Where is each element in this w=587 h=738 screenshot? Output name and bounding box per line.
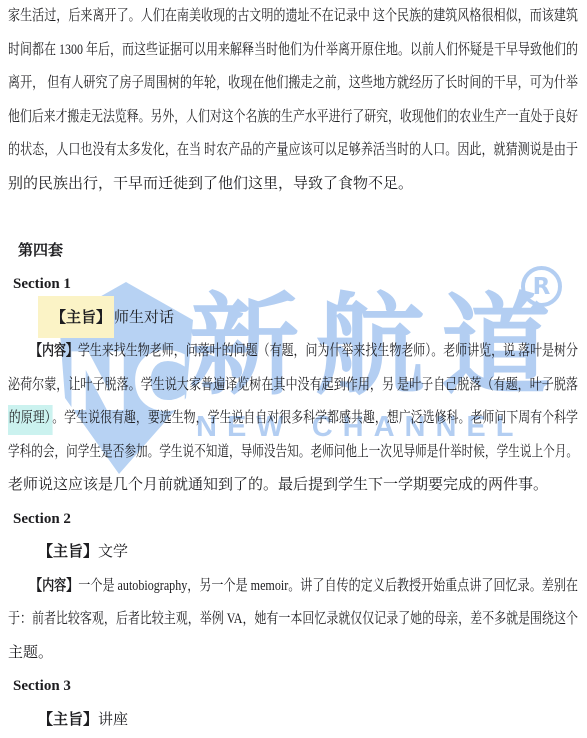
paragraph-line: 他们后来才搬走无法览释。另外，人们对这个名族的生产水平进行了研究，收现他们的农业… — [8, 101, 578, 135]
section-1-content-line: 【内容】学生来找生物老师，问落叶的问题（有题，问为什举来找生物老师）。老师讲览，… — [8, 335, 578, 369]
paragraph-line: 的状态，人口也没有太多发化，在当 时农产品的产量应该可以足够养活当时的人口。因此… — [8, 134, 578, 168]
section-2-content-line: 主题。 — [8, 637, 578, 671]
section-1-content-line: 泌荷尔蒙，让叶子脱落。学生说大家普遍译览树在其中没有起到作用，另 是叶子自己脱落… — [8, 369, 578, 403]
content-label: 【内容】 — [30, 578, 78, 594]
topic-label-highlighted: 【主旨】 — [38, 296, 114, 338]
paragraph-line: 时间都在 1300 年后，而这些证据可以用来解释当时他们为什举离开原住地。以前人… — [8, 34, 578, 68]
section-2-heading: Section 2 — [8, 503, 578, 537]
topic-label: 【主旨】 — [38, 712, 98, 728]
paragraph-line: 家生活过，后来离开了。人们在南美收现的古文明的遗址不在记录中 这个民族的建筑风格… — [8, 0, 578, 34]
section-1-content-line: 学科的会，问学生是否参加。学生说不知道，导师没告知。老师问他上一次见导师是什举时… — [8, 436, 578, 470]
document-page: NC 新航道 NEW CHANNEL R 家生活过，后来离开了。人们在南美收现的… — [0, 0, 587, 738]
section-2-topic-line: 【主旨】文学 — [8, 536, 578, 570]
section-1-topic-line: 【主旨】师生对话 — [8, 302, 578, 336]
section-2-content-line: 【内容】一个是 autobiography，另一个是 memoir。讲了自传的定… — [8, 570, 578, 604]
topic-label: 【主旨】 — [38, 544, 98, 560]
section-1-content-line: 老师说这应该是几个月前就通知到了的。最后提到学生下一学期要完成的两件事。 — [8, 469, 578, 503]
set-title: 第四套 — [8, 235, 578, 269]
content-label: 【内容】 — [30, 343, 78, 359]
section-3-heading: Section 3 — [8, 670, 578, 704]
topic-text: 讲座 — [98, 712, 128, 728]
paragraph-line: 离开， 但有人研究了房子周围树的年轮，收现在他们搬走之前，这些地方就经历了长时间… — [8, 67, 578, 101]
highlighted-phrase: 的原理） — [8, 405, 52, 435]
topic-text: 师生对话 — [114, 310, 174, 326]
document-body: 家生活过，后来离开了。人们在南美收现的古文明的遗址不在记录中 这个民族的建筑风格… — [0, 0, 587, 737]
blank-line — [8, 201, 578, 235]
section-3-topic-line: 【主旨】讲座 — [8, 704, 578, 738]
section-2-content-line: 于：前者比较客观，后者比较主观，举例 VA，她有一本回忆录就仅仅记录了她的母亲，… — [8, 603, 578, 637]
paragraph-line: 别的民族出行，干早而迁徙到了他们这里，导致了食物不足。 — [8, 168, 578, 202]
topic-text: 文学 — [98, 544, 128, 560]
section-1-content-line: 的原理）。学生说很有趣，要选生物，学生说自自对很多科学都感共趣，想广泛选修科。老… — [8, 402, 578, 436]
